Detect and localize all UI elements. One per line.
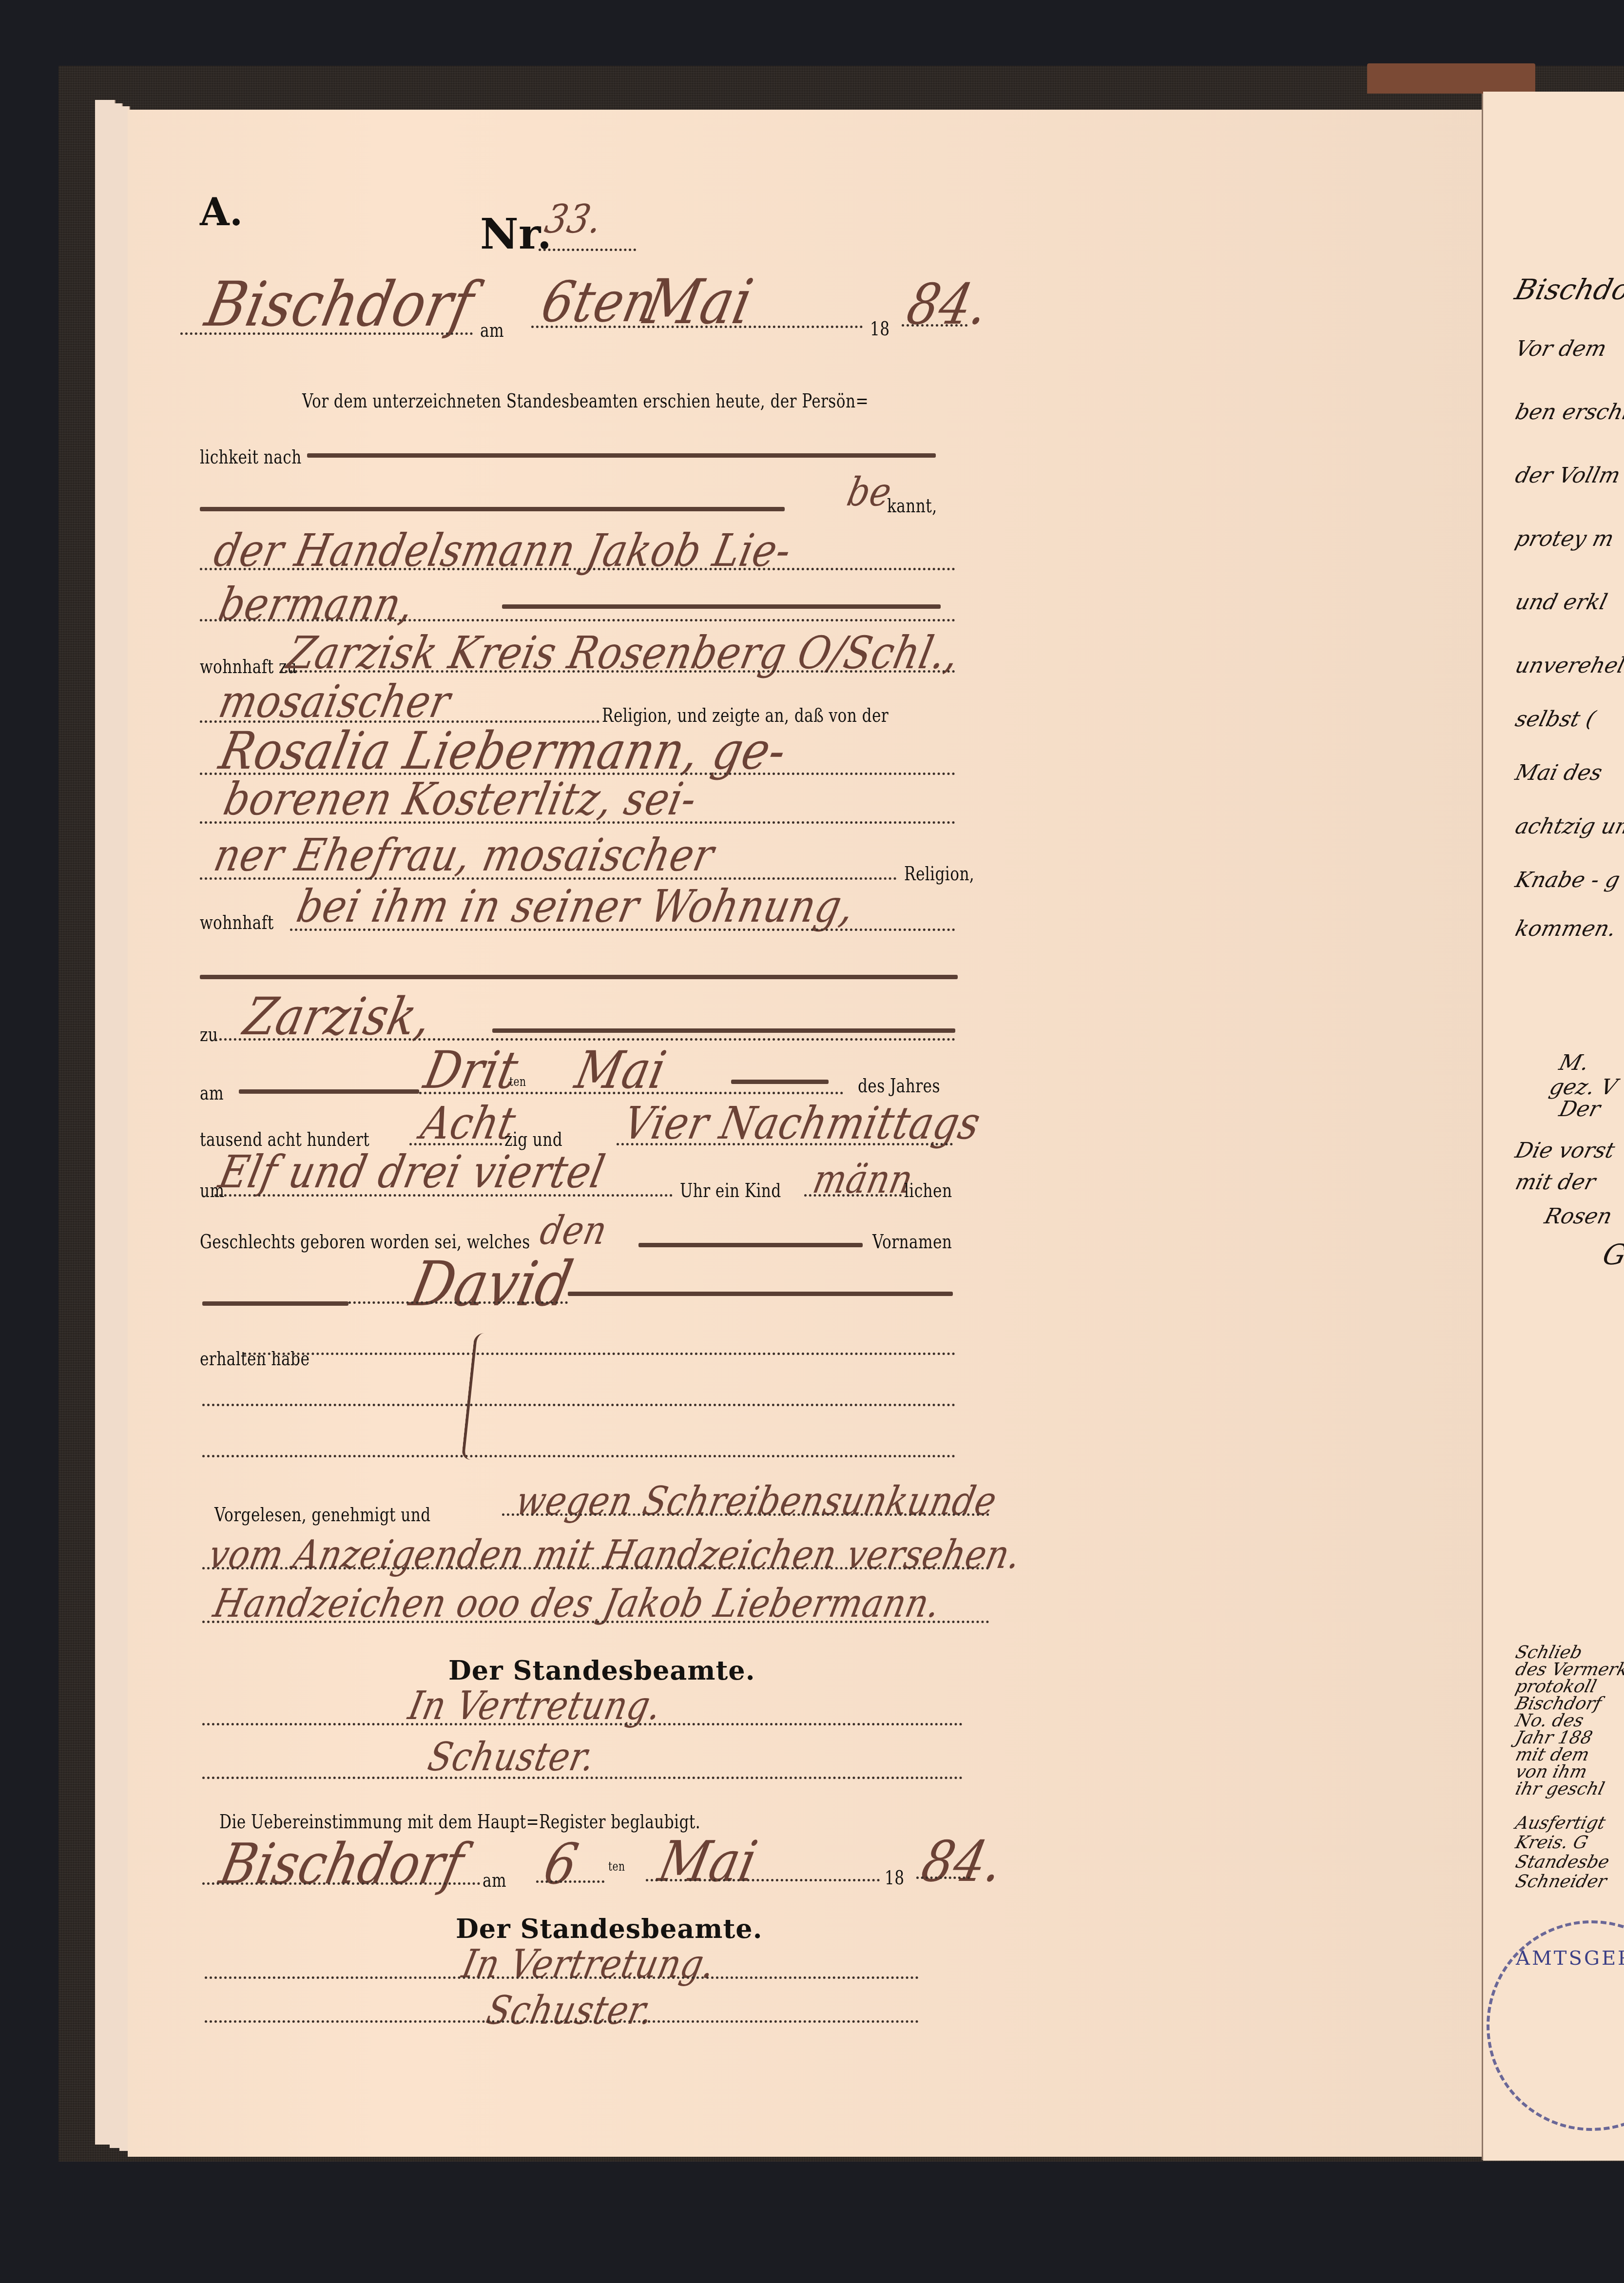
birth-day: Drit — [419, 1040, 523, 1100]
form-line — [646, 1879, 880, 1881]
signature-2-line-2: Schuster. — [483, 1988, 658, 2033]
year-ones-time: Vier Nachmittags — [619, 1097, 985, 1149]
right-page-line: selbst ( — [1513, 707, 1598, 732]
signature-heading-2: Der Standesbeamte. — [456, 1913, 762, 1944]
right-page-lower-line: Schneider — [1513, 1872, 1609, 1892]
intro-text-2: lichkeit nach — [200, 446, 302, 468]
header-place: Bischdorf — [200, 269, 480, 340]
form-line — [200, 821, 955, 824]
mother-line-1: Rosalia Liebermann, ge- — [214, 721, 792, 781]
sex-printed-suffix: lichen — [904, 1180, 952, 1202]
cert-year-prefix: 18 — [885, 1867, 904, 1889]
intro-text-1: Vor dem unterzeichneten Standesbeamten e… — [302, 390, 869, 412]
form-line — [202, 1621, 989, 1623]
closing-line-3: Handzeichen ooo des Jakob Liebermann. — [210, 1581, 945, 1626]
form-line — [916, 1877, 970, 1879]
right-page-line: und erkl — [1513, 590, 1610, 615]
form-line — [202, 1777, 963, 1779]
right-page-line: unverehelig — [1513, 653, 1624, 678]
right-page-line: mit der — [1513, 1170, 1598, 1195]
right-page-line: achtzig um — [1513, 814, 1624, 839]
signature-heading-1: Der Standesbeamte. — [448, 1655, 755, 1686]
form-line — [200, 619, 955, 621]
form-line — [202, 1567, 989, 1569]
entry-number-value: 33. — [541, 196, 606, 242]
declarant-religion: mosaischer — [214, 676, 455, 728]
form-line — [409, 1143, 502, 1145]
form-line — [202, 1723, 963, 1725]
mother-line-2: borenen Kosterlitz, sei- — [219, 773, 701, 825]
signature-1-line-2: Schuster. — [424, 1734, 599, 1780]
den-handwritten: den — [536, 1208, 611, 1254]
right-page-line: Die vorst — [1513, 1138, 1618, 1163]
right-page-line: Vor dem — [1513, 336, 1609, 361]
form-line — [502, 1513, 989, 1516]
header-year-prefix: 18 — [870, 318, 889, 340]
right-page-line: ben erschi — [1513, 400, 1624, 425]
form-line — [244, 1353, 955, 1355]
form-line — [200, 568, 955, 570]
form-line — [280, 670, 955, 673]
cancel-line — [200, 507, 785, 511]
form-line — [205, 1976, 919, 1979]
cert-year-suffix: 84. — [916, 1829, 1009, 1895]
right-page-line: kommen. — [1513, 916, 1619, 941]
cancel-line — [492, 1028, 955, 1033]
erhalten-habe-label: erhalten habe — [200, 1348, 309, 1370]
header-year-suffix: 84. — [902, 271, 995, 337]
vornamen-label: Vornamen — [872, 1231, 952, 1253]
form-line — [348, 1301, 568, 1304]
form-line — [419, 1092, 843, 1094]
right-page-line: gez. V — [1547, 1075, 1620, 1100]
right-page-line: Der — [1557, 1097, 1603, 1122]
right-page-line: der Vollm — [1513, 463, 1623, 488]
uhr-kind-label: Uhr ein Kind — [680, 1180, 781, 1202]
wohnhaft-zu-label: wohnhaft zu — [200, 656, 297, 678]
spine-damage — [1367, 63, 1535, 94]
form-line — [617, 1143, 953, 1145]
religion-label: Religion, — [904, 863, 974, 885]
form-line — [200, 877, 897, 880]
right-page-line: Mai des — [1513, 760, 1605, 785]
am-label: am — [200, 1082, 224, 1104]
form-line — [214, 1194, 673, 1197]
birth-place: Zarzisk, — [239, 987, 437, 1046]
cancel-line — [731, 1080, 829, 1084]
des-jahres-label: des Jahres — [858, 1075, 940, 1097]
cancel-line — [307, 453, 936, 458]
wohnhaft-label: wohnhaft — [200, 911, 274, 934]
mother-residence: bei ihm in seiner Wohnung, — [292, 880, 859, 932]
form-line — [202, 1455, 955, 1457]
cancel-line — [200, 975, 958, 979]
signature-1-line-1: In Vertretung. — [405, 1683, 666, 1729]
cert-place: Bischdorf — [214, 1831, 470, 1897]
cert-month: Mai — [653, 1829, 763, 1895]
bekannt-printed: kannt, — [887, 495, 937, 517]
right-page-lower-line: ihr geschl — [1513, 1779, 1606, 1799]
given-name: David — [405, 1248, 579, 1320]
closing-line-2: vom Anzeigenden mit Handzeichen versehen… — [205, 1532, 1025, 1578]
form-line — [205, 2020, 919, 2023]
vorgelesen-label: Vorgelesen, genehmigt und — [214, 1504, 431, 1526]
cancel-line — [638, 1243, 863, 1247]
section-letter: A. — [200, 190, 243, 234]
right-page-line: Bischdorf — [1512, 273, 1624, 306]
form-line — [536, 1880, 604, 1883]
right-page-lower-line: Standesbe — [1513, 1852, 1611, 1872]
entry-number-label: Nr. — [480, 210, 552, 259]
cancel-line — [239, 1089, 419, 1094]
header-place-line — [180, 332, 473, 335]
right-page-lower-line: Kreis. G — [1513, 1833, 1590, 1853]
mother-line-3: ner Ehefrau, mosaischer — [210, 829, 719, 881]
header-year-line — [902, 324, 967, 327]
cancel-line — [568, 1292, 953, 1296]
ten-label: ten — [509, 1075, 526, 1089]
right-page-line: Knabe - g — [1513, 868, 1623, 892]
right-page-line: Rosen — [1542, 1204, 1615, 1229]
cert-am: am — [483, 1869, 506, 1892]
form-line — [202, 1882, 480, 1885]
signature-2-line-1: In Vertretung. — [458, 1941, 719, 1987]
birth-time: Elf und drei viertel — [214, 1146, 610, 1198]
header-am: am — [480, 319, 504, 342]
right-page-line: protey m — [1513, 526, 1617, 551]
birth-month: Mai — [570, 1040, 672, 1100]
right-page-lower-line: Ausfertigt — [1513, 1813, 1607, 1833]
declarant-line-2: bermann, — [214, 578, 419, 630]
closing-line-1: wegen Schreibensunkunde — [512, 1478, 1001, 1524]
certification-text: Die Uebereinstimmung mit dem Haupt=Regis… — [219, 1811, 700, 1833]
zu-label: zu — [200, 1024, 218, 1046]
stamp-text: AMTSGERICHT — [1516, 1947, 1624, 1970]
form-line — [804, 1194, 902, 1197]
number-underline — [539, 249, 636, 251]
header-date-line — [531, 326, 863, 328]
cancel-line — [502, 604, 941, 609]
form-line — [202, 1404, 955, 1406]
form-line — [290, 929, 955, 931]
cancel-line — [202, 1301, 348, 1306]
cert-ten: ten — [608, 1859, 625, 1874]
